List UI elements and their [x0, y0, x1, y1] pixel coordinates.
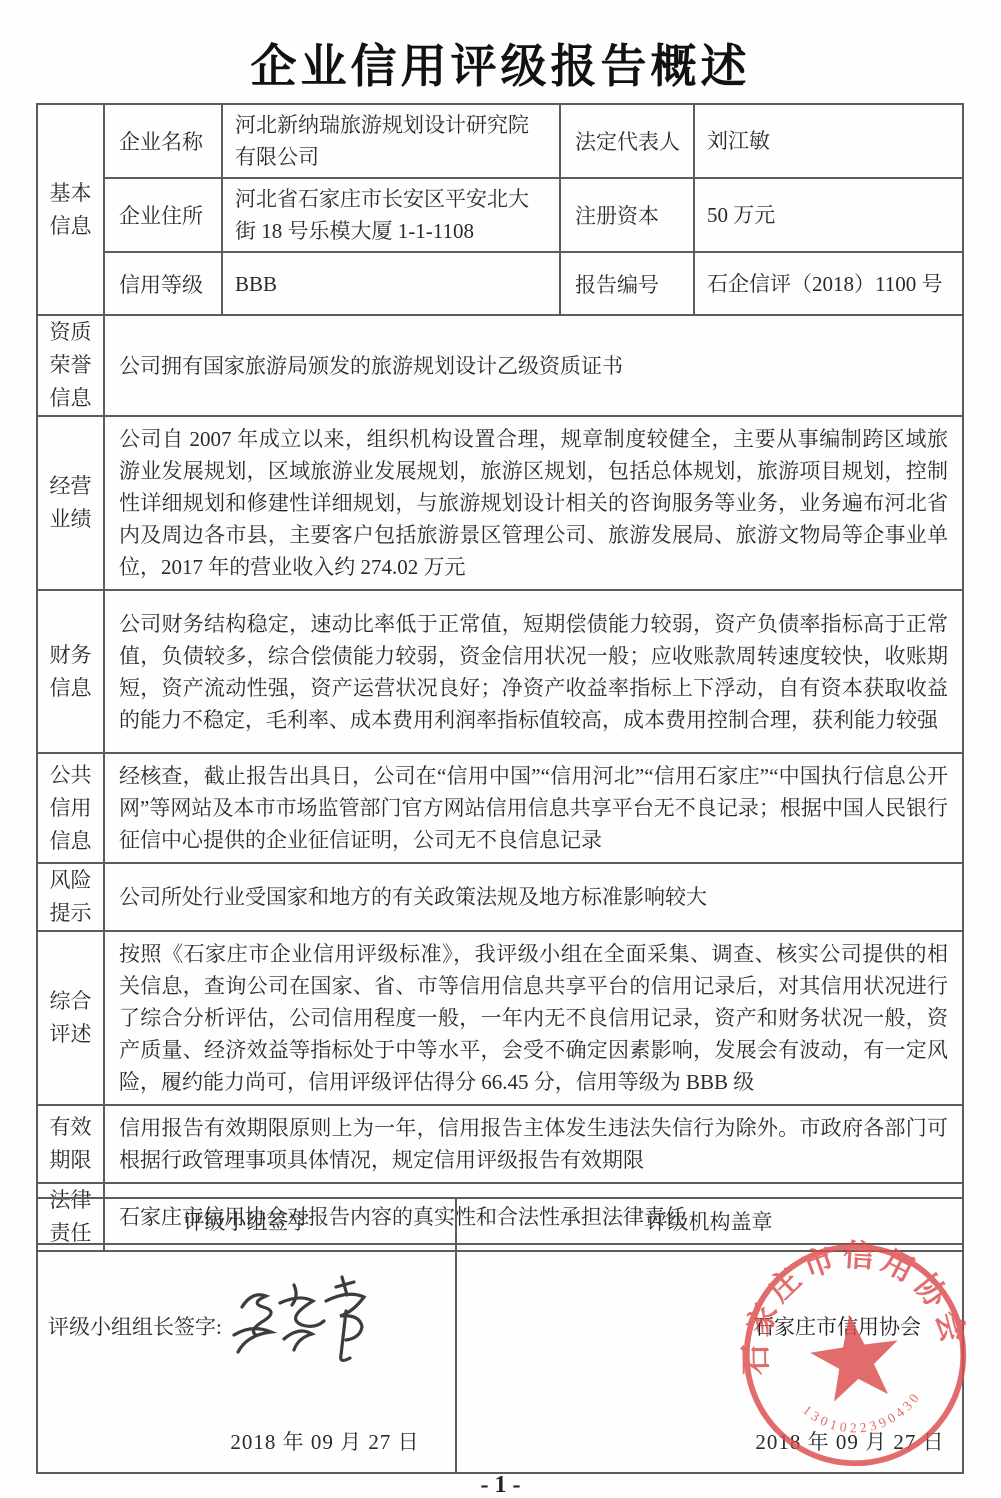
report-number-value: 石企信评（2018）1100 号 — [694, 252, 963, 315]
table-row: 评级小组组长签字: 2018 年 09 月 — [37, 1244, 963, 1473]
company-address-value: 河北省石家庄市长安区平安北大街 18 号乐模大厦 1-1-1108 — [222, 178, 560, 252]
report-number-label: 报告编号 — [560, 252, 694, 315]
comprehensive-review-text: 按照《石家庄市企业信用评级标准》，我评级小组在全面采集、调查、核实公司提供的相关… — [104, 931, 963, 1105]
table-row: 综合 评述 按照《石家庄市企业信用评级标准》，我评级小组在全面采集、调查、核实公… — [37, 931, 963, 1105]
signature-cell: 评级小组组长签字: 2018 年 09 月 — [37, 1244, 456, 1473]
section-label-business: 经营 业绩 — [37, 416, 104, 590]
company-name-label: 企业名称 — [104, 104, 222, 178]
validity-period-text: 信用报告有效期限原则上为一年，信用报告主体发生违法失信行为除外。市政府各部门可根… — [104, 1105, 963, 1183]
section-label-summary: 综合 评述 — [37, 931, 104, 1105]
official-stamp: 石家庄市信用协会 1301022390430 — [724, 1224, 986, 1486]
legal-rep-label: 法定代表人 — [560, 104, 694, 178]
stamp-star-icon — [806, 1309, 905, 1404]
svg-text:1301022390430: 1301022390430 — [799, 1386, 929, 1443]
left-date: 2018 年 09 月 27 日 — [210, 1426, 440, 1456]
business-performance-text: 公司自 2007 年成立以来，组织机构设置合理，规章制度较健全，主要从事编制跨区… — [104, 416, 963, 590]
legal-rep-value: 刘江敏 — [694, 104, 963, 178]
credit-report-page: 企业信用评级报告概述 基本 信息 企业名称 河北新纳瑞旅游规划设计研究院有限公司… — [0, 0, 1001, 1498]
registered-capital-value: 50 万元 — [694, 178, 963, 252]
table-row: 企业住所 河北省石家庄市长安区平安北大街 18 号乐模大厦 1-1-1108 注… — [37, 178, 963, 252]
handwritten-signature — [228, 1273, 398, 1373]
registered-capital-label: 注册资本 — [560, 178, 694, 252]
table-row: 经营 业绩 公司自 2007 年成立以来，组织机构设置合理，规章制度较健全，主要… — [37, 416, 963, 590]
table-row: 评级小组签字 评级机构盖章 — [37, 1198, 963, 1244]
report-table: 基本 信息 企业名称 河北新纳瑞旅游规划设计研究院有限公司 法定代表人 刘江敏 … — [36, 103, 964, 1252]
table-row: 基本 信息 企业名称 河北新纳瑞旅游规划设计研究院有限公司 法定代表人 刘江敏 — [37, 104, 963, 178]
team-leader-signature-label: 评级小组组长签字: — [48, 1311, 222, 1341]
section-label-qualification: 资质 荣誉 信息 — [37, 315, 104, 416]
public-credit-text: 经核查，截止报告出具日，公司在“信用中国”“信用河北”“信用石家庄”“中国执行信… — [104, 753, 963, 863]
financial-info-text: 公司财务结构稳定，速动比率低于正常值，短期偿债能力较弱，资产负债率指标高于正常值… — [104, 590, 963, 753]
signature-table: 评级小组签字 评级机构盖章 评级小组组长签字: — [36, 1197, 964, 1474]
stamp-cell: 石家庄市信用协会 石家庄市信用协会 1301022390430 — [456, 1244, 963, 1473]
sign-group-header: 评级小组签字 — [37, 1198, 456, 1244]
table-row: 有效 期限 信用报告有效期限原则上为一年，信用报告主体发生违法失信行为除外。市政… — [37, 1105, 963, 1183]
company-address-label: 企业住所 — [104, 178, 222, 252]
section-label-risk: 风险 提示 — [37, 863, 104, 931]
section-label-basic-info: 基本 信息 — [37, 104, 104, 315]
qualification-text: 公司拥有国家旅游局颁发的旅游规划设计乙级资质证书 — [104, 315, 963, 416]
table-row: 财务 信息 公司财务结构稳定，速动比率低于正常值，短期偿债能力较弱，资产负债率指… — [37, 590, 963, 753]
table-row: 信用等级 BBB 报告编号 石企信评（2018）1100 号 — [37, 252, 963, 315]
section-label-validity: 有效 期限 — [37, 1105, 104, 1183]
company-name-value: 河北新纳瑞旅游规划设计研究院有限公司 — [222, 104, 560, 178]
table-row: 资质 荣誉 信息 公司拥有国家旅游局颁发的旅游规划设计乙级资质证书 — [37, 315, 963, 416]
stamp-code: 1301022390430 — [799, 1386, 929, 1443]
credit-grade-label: 信用等级 — [104, 252, 222, 315]
credit-grade-value: BBB — [222, 252, 560, 315]
section-label-public-credit: 公共 信用 信息 — [37, 753, 104, 863]
section-label-finance: 财务 信息 — [37, 590, 104, 753]
page-number: - 1 - — [0, 1472, 1001, 1498]
page-title: 企业信用评级报告概述 — [0, 30, 1001, 96]
table-row: 风险 提示 公司所处行业受国家和地方的有关政策法规及地方标准影响较大 — [37, 863, 963, 931]
table-row: 公共 信用 信息 经核查，截止报告出具日，公司在“信用中国”“信用河北”“信用石… — [37, 753, 963, 863]
risk-warning-text: 公司所处行业受国家和地方的有关政策法规及地方标准影响较大 — [104, 863, 963, 931]
